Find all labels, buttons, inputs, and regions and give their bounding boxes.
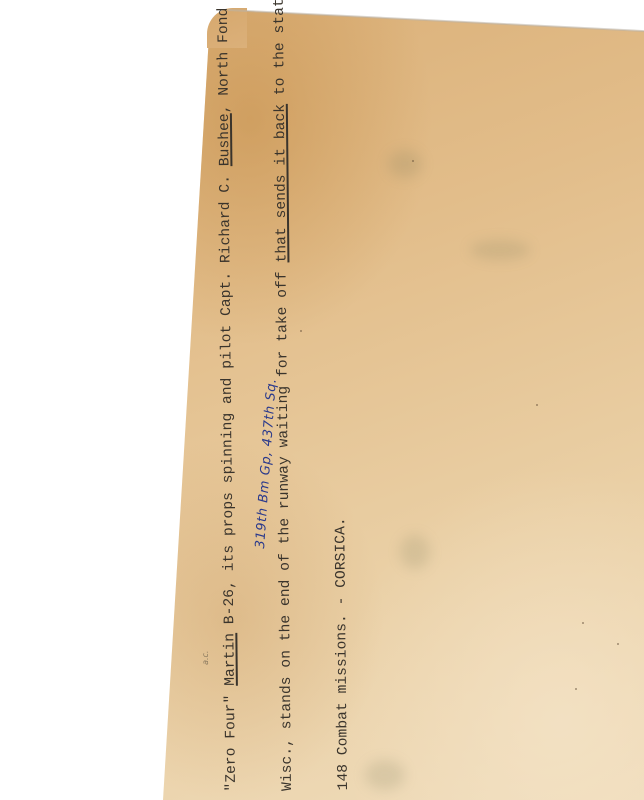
speck xyxy=(575,688,577,690)
caption-text: Wisc., stands on the end of the runway w… xyxy=(274,262,296,791)
caption-underlined-text: Martin xyxy=(223,633,240,686)
speck xyxy=(412,160,414,162)
smudge xyxy=(388,150,422,178)
pencil-annotation: a.c. xyxy=(201,651,210,665)
scanned-document: "Zero Four" Martin B-26, its props spinn… xyxy=(0,0,644,800)
caption-line-1: "Zero Four" Martin B-26, its props spinn… xyxy=(214,0,242,792)
caption-text: , North Fond Du Lac, xyxy=(215,0,233,113)
speck xyxy=(536,404,538,406)
speck xyxy=(617,643,619,645)
speck xyxy=(582,622,584,624)
caption-underlined-text: that sends it back xyxy=(273,104,291,263)
caption-text: B-26, its props spinning and pilot Capt.… xyxy=(218,166,239,633)
typewritten-caption: "Zero Four" Martin B-26, its props spinn… xyxy=(177,0,391,792)
caption-underlined-text: Bushee xyxy=(217,113,234,166)
caption-text: to the states after xyxy=(271,0,289,104)
smudge xyxy=(470,240,530,260)
caption-line-3: 148 Combat missions. - CORSICA. xyxy=(326,0,354,790)
caption-text: "Zero Four" xyxy=(223,686,240,792)
smudge xyxy=(400,535,430,569)
